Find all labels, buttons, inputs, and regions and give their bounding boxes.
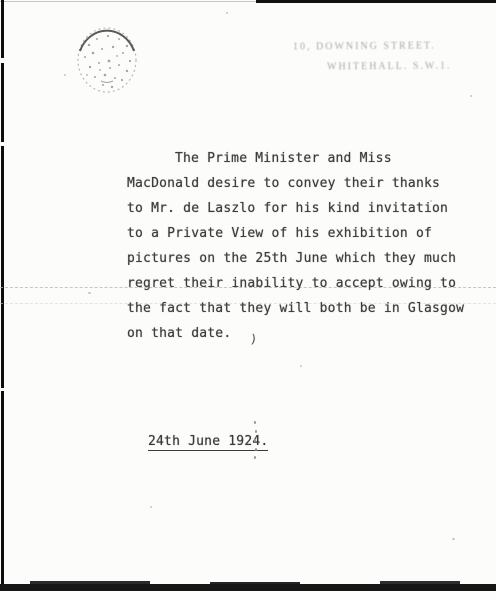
letter-date: 24th June 1924. — [148, 434, 268, 449]
scan-left-edge-gap — [0, 58, 6, 63]
letter-line: The Prime Minister and Miss — [127, 146, 467, 171]
letter-date-text: 24th June 1924. — [148, 434, 268, 451]
paper-speck — [226, 12, 228, 14]
letter-line: on that date. — [127, 321, 467, 346]
paper-speck — [452, 538, 455, 540]
scan-left-edge-gap — [0, 388, 6, 391]
scan-bottom-white-strip — [0, 591, 496, 600]
letter-body: The Prime Minister and Miss MacDonald de… — [127, 146, 467, 346]
letter-line: to a Private View of his exhibition of — [127, 221, 467, 246]
scan-bottom-edge-band — [0, 584, 496, 591]
scan-left-edge-line — [1, 0, 4, 585]
paper-speck — [430, 200, 432, 202]
paper-speck — [88, 292, 91, 294]
stray-ink-mark: ) — [249, 332, 258, 347]
letter-line: pictures on the 25th June which they muc… — [127, 246, 467, 271]
letter-line: regret their inability to accept owing t… — [127, 271, 467, 296]
letter-line: MacDonald desire to convey their thanks — [127, 171, 467, 196]
paper-speck — [150, 506, 152, 508]
letter-line: the fact that they will both be in Glasg… — [127, 296, 467, 321]
paper-speck — [470, 95, 472, 97]
scan-top-edge-black — [256, 0, 496, 3]
embossed-seal-stamp-icon — [75, 23, 139, 95]
letterhead-address-line1: 10, DOWNING STREET. — [293, 41, 436, 53]
letter-line: to Mr. de Laszlo for his kind invitation — [127, 196, 467, 221]
scanned-letter-page: 10, DOWNING STREET. WHITEHALL. S.W.1. Th… — [0, 0, 496, 600]
paper-speck — [300, 365, 302, 367]
letterhead-address-line2: WHITEHALL. S.W.1. — [327, 61, 452, 73]
scan-left-edge-gap — [0, 142, 6, 146]
paper-speck — [64, 74, 66, 76]
